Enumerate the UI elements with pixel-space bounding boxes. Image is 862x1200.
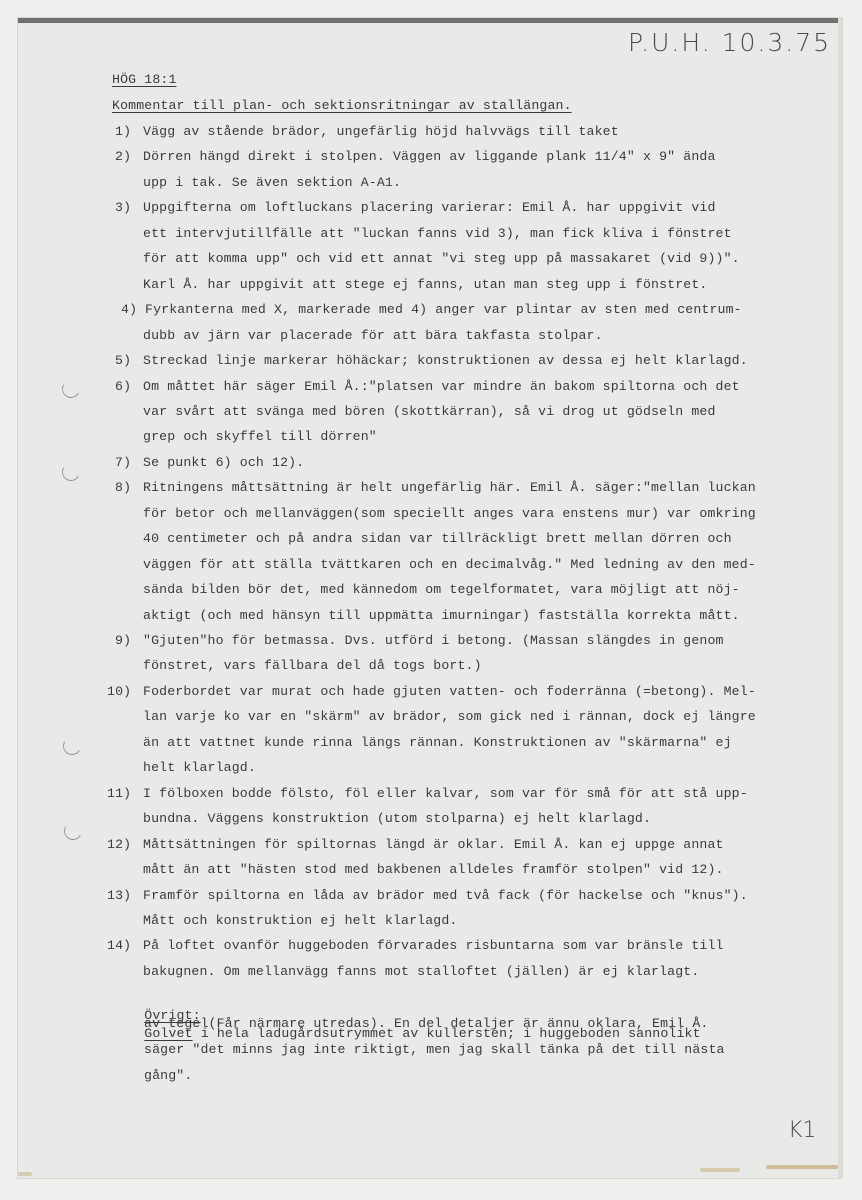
other-line: gång". — [144, 1067, 192, 1085]
item-text: I fölboxen bodde fölsto, föl eller kalva… — [143, 785, 748, 803]
item-text: På loftet ovanför huggeboden förvarades … — [143, 937, 724, 955]
item-text: Ritningens måttsättning är helt ungefärl… — [143, 479, 756, 497]
item-number: 2) — [115, 148, 131, 166]
item-text: Foderbordet var murat och hade gjuten va… — [143, 683, 756, 701]
item-continuation-text: grep och skyffel till dörren" — [143, 428, 377, 446]
item-continuation-text: 40 centimeter och på andra sidan var til… — [143, 530, 732, 548]
item-number: 3) — [115, 199, 131, 217]
item-number: 5) — [115, 352, 131, 370]
item-number: 6) — [115, 378, 131, 396]
item-continuation-text: dubb av järn var placerade för att bära … — [143, 327, 603, 345]
item-continuation-text: var svårt att svänga med bören (skottkär… — [143, 403, 716, 421]
other-line: säger "det minns jag inte riktigt, men j… — [144, 1041, 725, 1059]
item-text: Se punkt 6) och 12). — [143, 454, 304, 472]
item-continuation-text: än att vattnet kunde rinna längs rännan.… — [143, 734, 732, 752]
item-continuation-text: Mått och konstruktion ej helt klarlagd. — [143, 912, 458, 930]
item-text: Om måttet här säger Emil Å.:"platsen var… — [143, 378, 740, 396]
item-continuation-text: bakugnen. Om mellanvägg fanns mot stallo… — [143, 963, 699, 981]
item-continuation-text: fönstret, vars fällbara del då togs bort… — [143, 657, 482, 675]
item-text: Uppgifterna om loftluckans placering var… — [143, 199, 716, 217]
item-text: "Gjuten"ho för betmassa. Dvs. utförd i b… — [143, 632, 724, 650]
item-text: Vägg av stående brädor, ungefärlig höjd … — [143, 123, 619, 141]
item-continuation-text: bundna. Väggens konstruktion (utom stolp… — [143, 810, 651, 828]
typewritten-document: HÖG 18:1 Kommentar till plan- och sektio… — [0, 0, 862, 1200]
item-continuation-text: väggen för att ställa tvättkaren och en … — [143, 556, 756, 574]
item-text: Dörren hängd direkt i stolpen. Väggen av… — [143, 148, 716, 166]
item-continuation-text: aktigt (och med hänsyn till uppmätta imu… — [143, 607, 740, 625]
item-continuation-text: upp i tak. Se även sektion A-A1. — [143, 174, 401, 192]
item-text: Fyrkanterna med X, markerade med 4) ange… — [145, 301, 742, 319]
item-number: 8) — [115, 479, 131, 497]
item-number: 9) — [115, 632, 131, 650]
item-number: 1) — [115, 123, 131, 141]
item-text: Framför spiltorna en låda av brädor med … — [143, 887, 748, 905]
item-number: 14) — [107, 937, 131, 955]
item-number: 13) — [107, 887, 131, 905]
item-continuation-text: lan varje ko var en "skärm" av brädor, s… — [143, 708, 756, 726]
item-continuation-text: för betor och mellanväggen(som speciellt… — [143, 505, 756, 523]
item-continuation-text: Karl Å. har uppgivit att stege ej fanns,… — [143, 276, 707, 294]
item-number: 4) — [121, 301, 137, 319]
item-number: 12) — [107, 836, 131, 854]
item-continuation-text: för att komma upp" och vid ett annat "vi… — [143, 250, 740, 268]
other-line: av tegel(Får närmare utredas). En del de… — [144, 1015, 708, 1033]
item-number: 10) — [107, 683, 131, 701]
item-continuation-text: sända bilden bör det, med kännedom om te… — [143, 581, 740, 599]
item-text: Måttsättningen för spiltornas längd är o… — [143, 836, 724, 854]
item-number: 11) — [107, 785, 131, 803]
document-reference: HÖG 18:1 — [112, 71, 177, 89]
item-text: Streckad linje markerar höhäckar; konstr… — [143, 352, 748, 370]
document-title: Kommentar till plan- och sektionsritning… — [112, 97, 572, 115]
item-continuation-text: helt klarlagd. — [143, 759, 256, 777]
item-continuation-text: ett intervjutillfälle att "luckan fanns … — [143, 225, 732, 243]
item-continuation-text: mått än att "hästen stod med bakbenen al… — [143, 861, 724, 879]
item-number: 7) — [115, 454, 131, 472]
